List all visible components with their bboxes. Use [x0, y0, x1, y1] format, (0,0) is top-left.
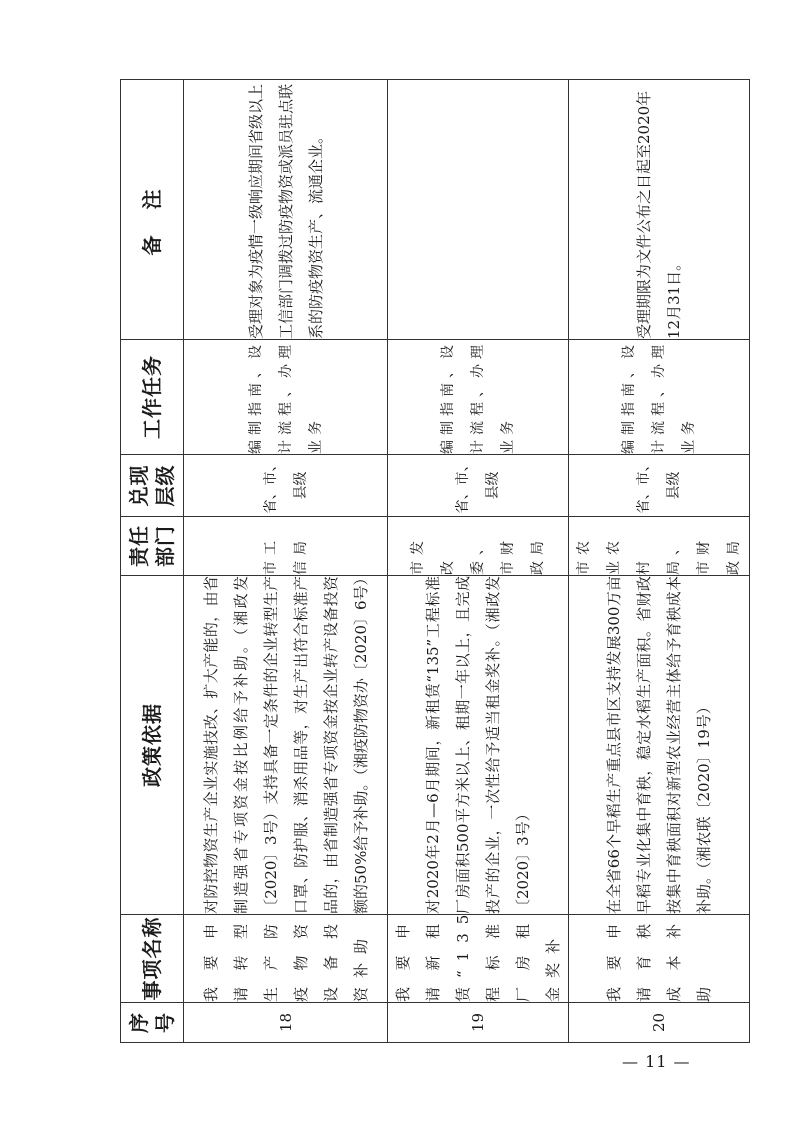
header-notes: 备注: [121, 80, 184, 340]
row-level: 省、市、县级: [184, 455, 388, 517]
table-row: 19 我要申请新租赁“135”工程标准厂房租金奖补 对2020年2月—6月期间，…: [388, 80, 569, 1043]
row-policy-basis: 对防控物资生产企业实施技改、扩大产能的，由省制造强省专项资金按比例给予补助。（湘…: [184, 576, 388, 915]
row-item-name: 我要申请新租赁“135”工程标准厂房租金奖补: [388, 915, 569, 1003]
row-index: 19: [388, 1003, 569, 1043]
row-notes: 受理期限为文件公布之日起至2020年12月31日。: [569, 80, 750, 340]
policy-table: 序号 事项名称 政策依据 责任 部门 兑现 层级 工作任务 备注 18 我要申请…: [120, 79, 750, 1043]
header-level: 兑现 层级: [121, 455, 184, 517]
page-number: — 11 —: [622, 1052, 691, 1071]
table-header-row: 序号 事项名称 政策依据 责任 部门 兑现 层级 工作任务 备注: [121, 80, 184, 1043]
rotated-table-container: 序号 事项名称 政策依据 责任 部门 兑现 层级 工作任务 备注 18 我要申请…: [120, 80, 664, 1043]
table-row: 20 我要申请育秧成本补助 在全省66个早稻生产重点县市区支持发展300万亩早稻…: [569, 80, 750, 1043]
header-index: 序号: [121, 1003, 184, 1043]
row-task: 编制指南、设计流程、办理业务: [569, 340, 750, 455]
header-level-line2: 层级: [152, 455, 178, 516]
row-department: 市农业农村局、市财政局: [569, 517, 750, 576]
row-policy-basis: 对2020年2月—6月期间，新租赁“135”工程标准厂房面积500平方米以上、租…: [388, 576, 569, 915]
row-task: 编制指南、设计流程、办理业务: [184, 340, 388, 455]
table-row: 18 我要申请转型生产防疫物资设备投资补助 对防控物资生产企业实施技改、扩大产能…: [184, 80, 388, 1043]
header-level-line1: 兑现: [126, 455, 152, 516]
row-level: 省、市、县级: [569, 455, 750, 517]
header-department-line1: 责任: [126, 517, 152, 575]
row-department: 市发改委、市财政局: [388, 517, 569, 576]
row-task: 编制指南、设计流程、办理业务: [388, 340, 569, 455]
row-item-name: 我要申请育秧成本补助: [569, 915, 750, 1003]
row-item-name: 我要申请转型生产防疫物资设备投资补助: [184, 915, 388, 1003]
row-notes: 受理对象为疫情一级响应期间省级以上工信部门调拨过防疫物资或派员驻点联系的防疫物资…: [184, 80, 388, 340]
row-policy-basis: 在全省66个早稻生产重点县市区支持发展300万亩早稻专业化集中育秧，稳定水稻生产…: [569, 576, 750, 915]
row-index: 20: [569, 1003, 750, 1043]
header-department: 责任 部门: [121, 517, 184, 576]
header-task: 工作任务: [121, 340, 184, 455]
row-department: 市工信局: [184, 517, 388, 576]
header-item-name: 事项名称: [121, 915, 184, 1003]
row-level: 省、市、县级: [388, 455, 569, 517]
header-policy-basis: 政策依据: [121, 576, 184, 915]
row-notes: [388, 80, 569, 340]
row-index: 18: [184, 1003, 388, 1043]
header-department-line2: 部门: [152, 517, 178, 575]
